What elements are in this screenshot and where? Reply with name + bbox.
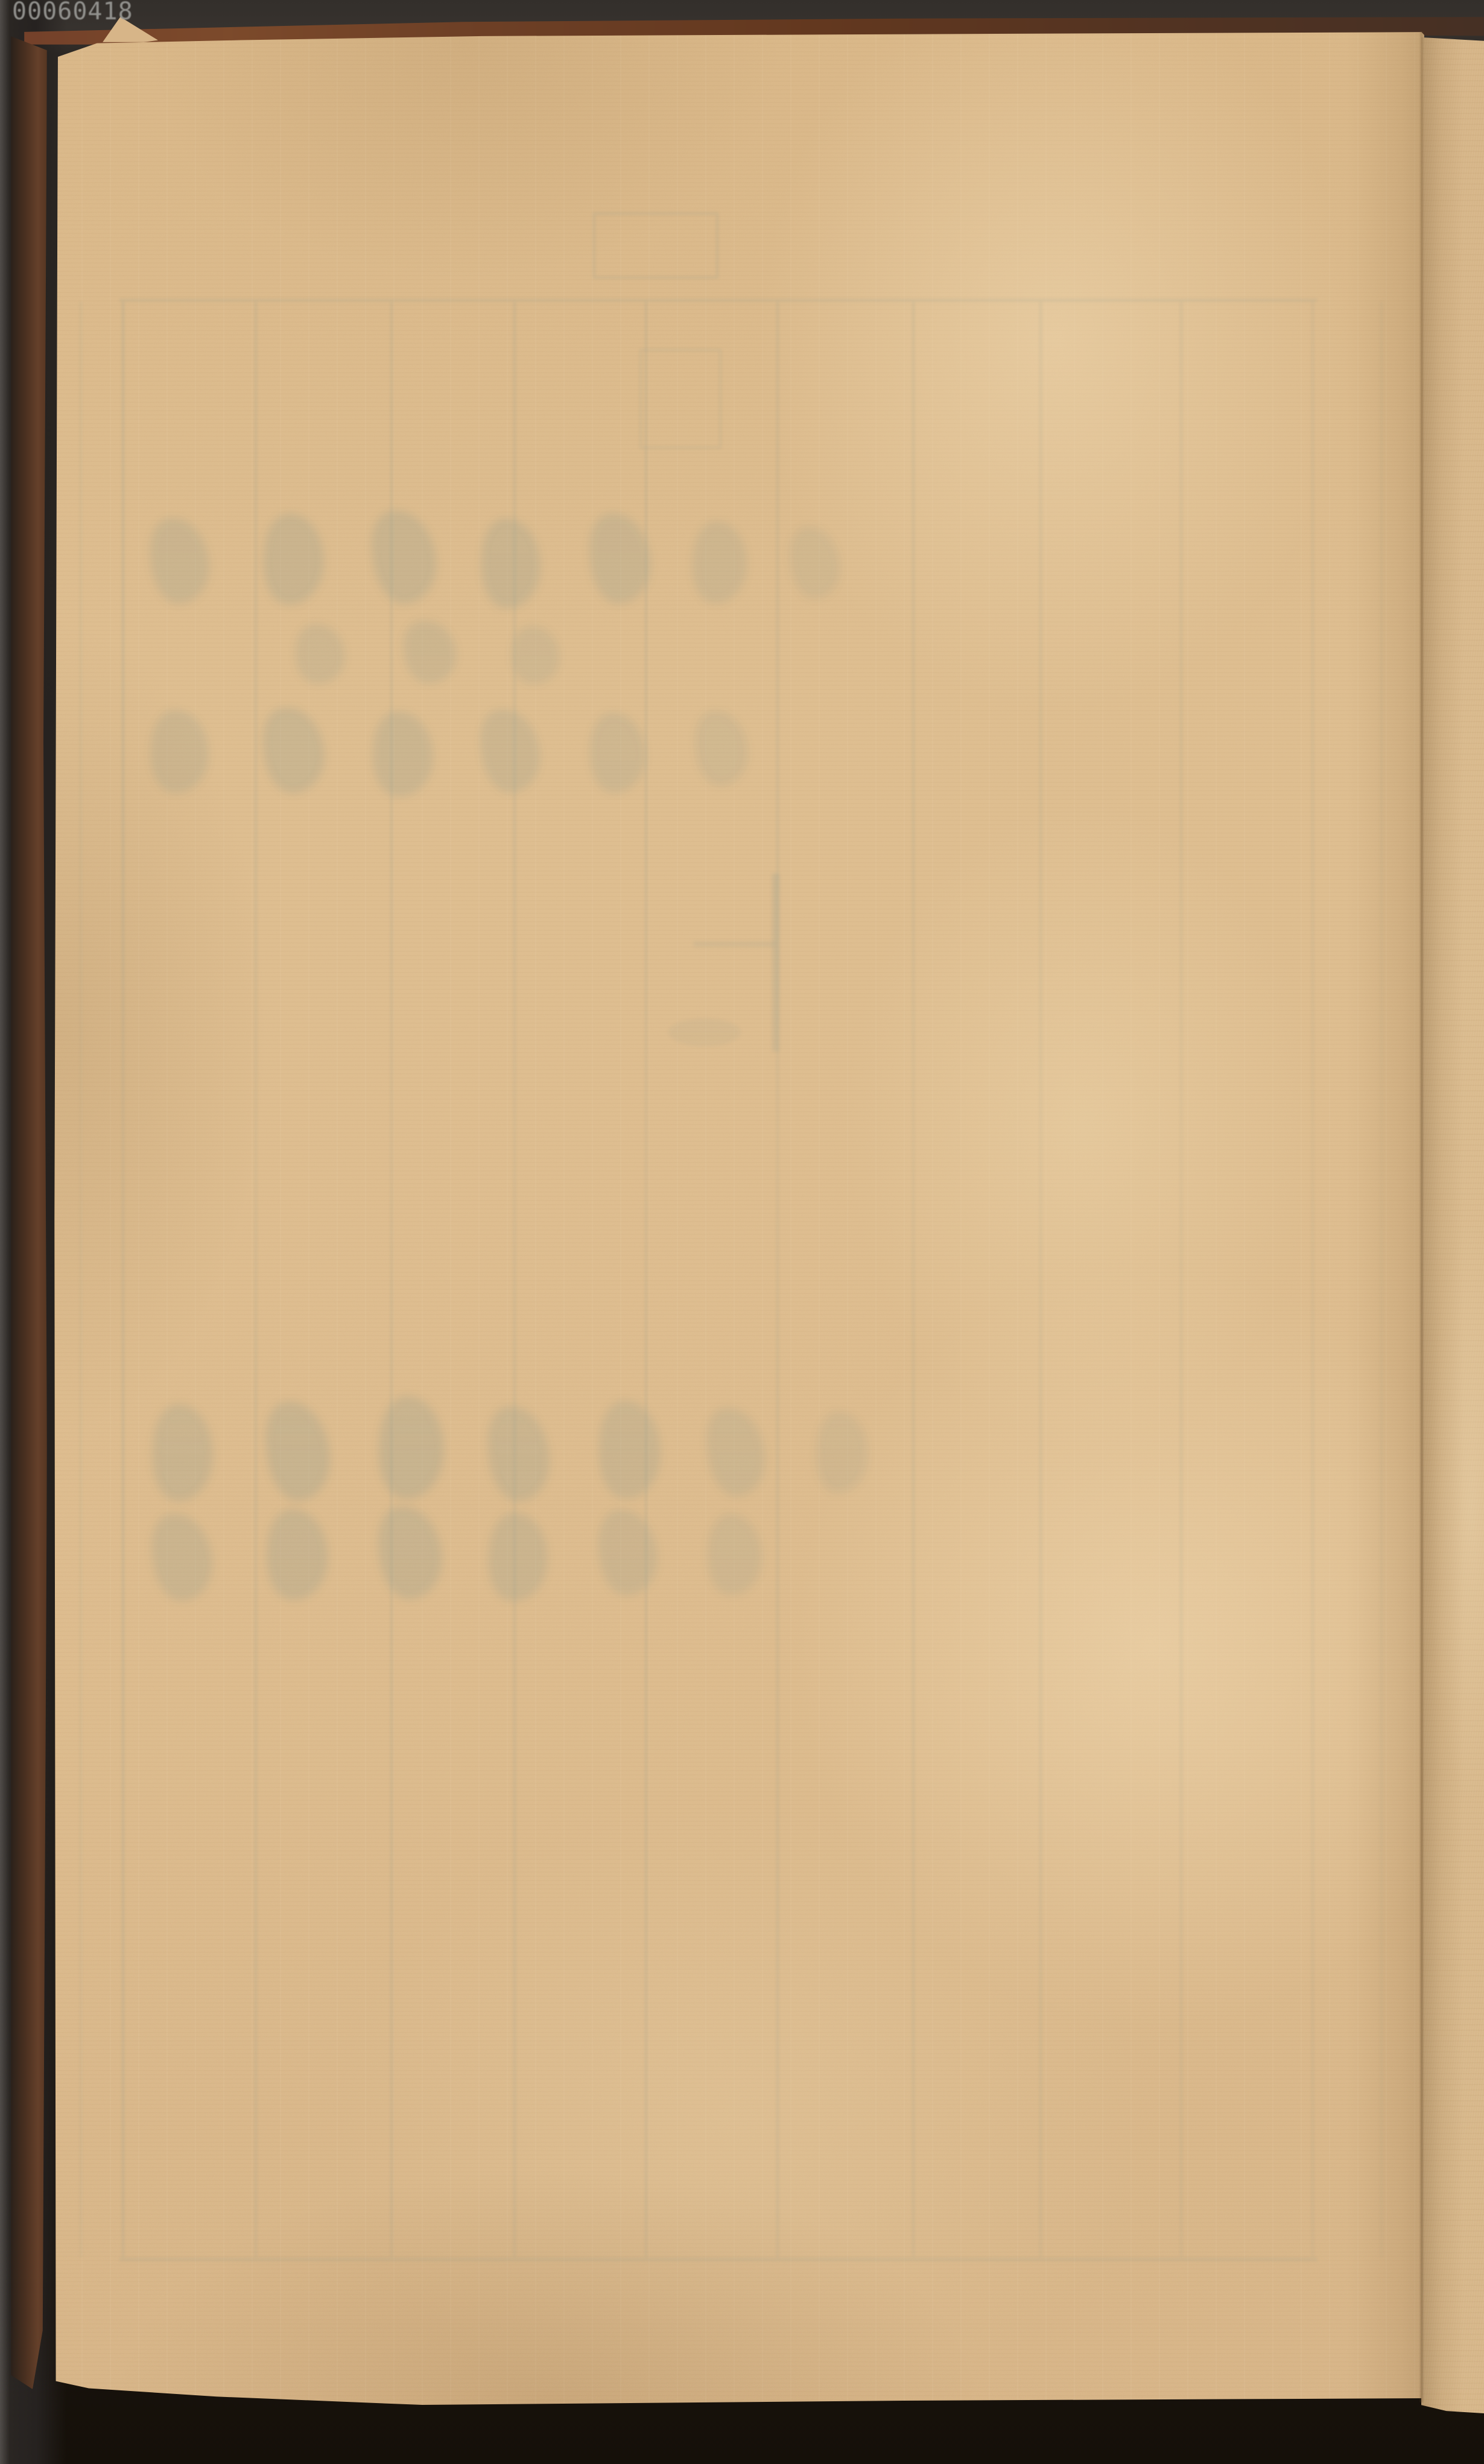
page-leaf-next <box>1421 31 1484 2416</box>
book-cover-left-edge <box>11 36 47 2389</box>
digitization-watermark-id: 00060418 <box>12 0 133 25</box>
paper-grain-texture-next <box>1421 31 1484 2416</box>
paper-grain-texture <box>53 30 1425 2407</box>
scanner-background: 00060418 <box>0 0 1484 2464</box>
page-leaf <box>53 30 1425 2407</box>
binding-seam <box>1420 31 1423 2402</box>
